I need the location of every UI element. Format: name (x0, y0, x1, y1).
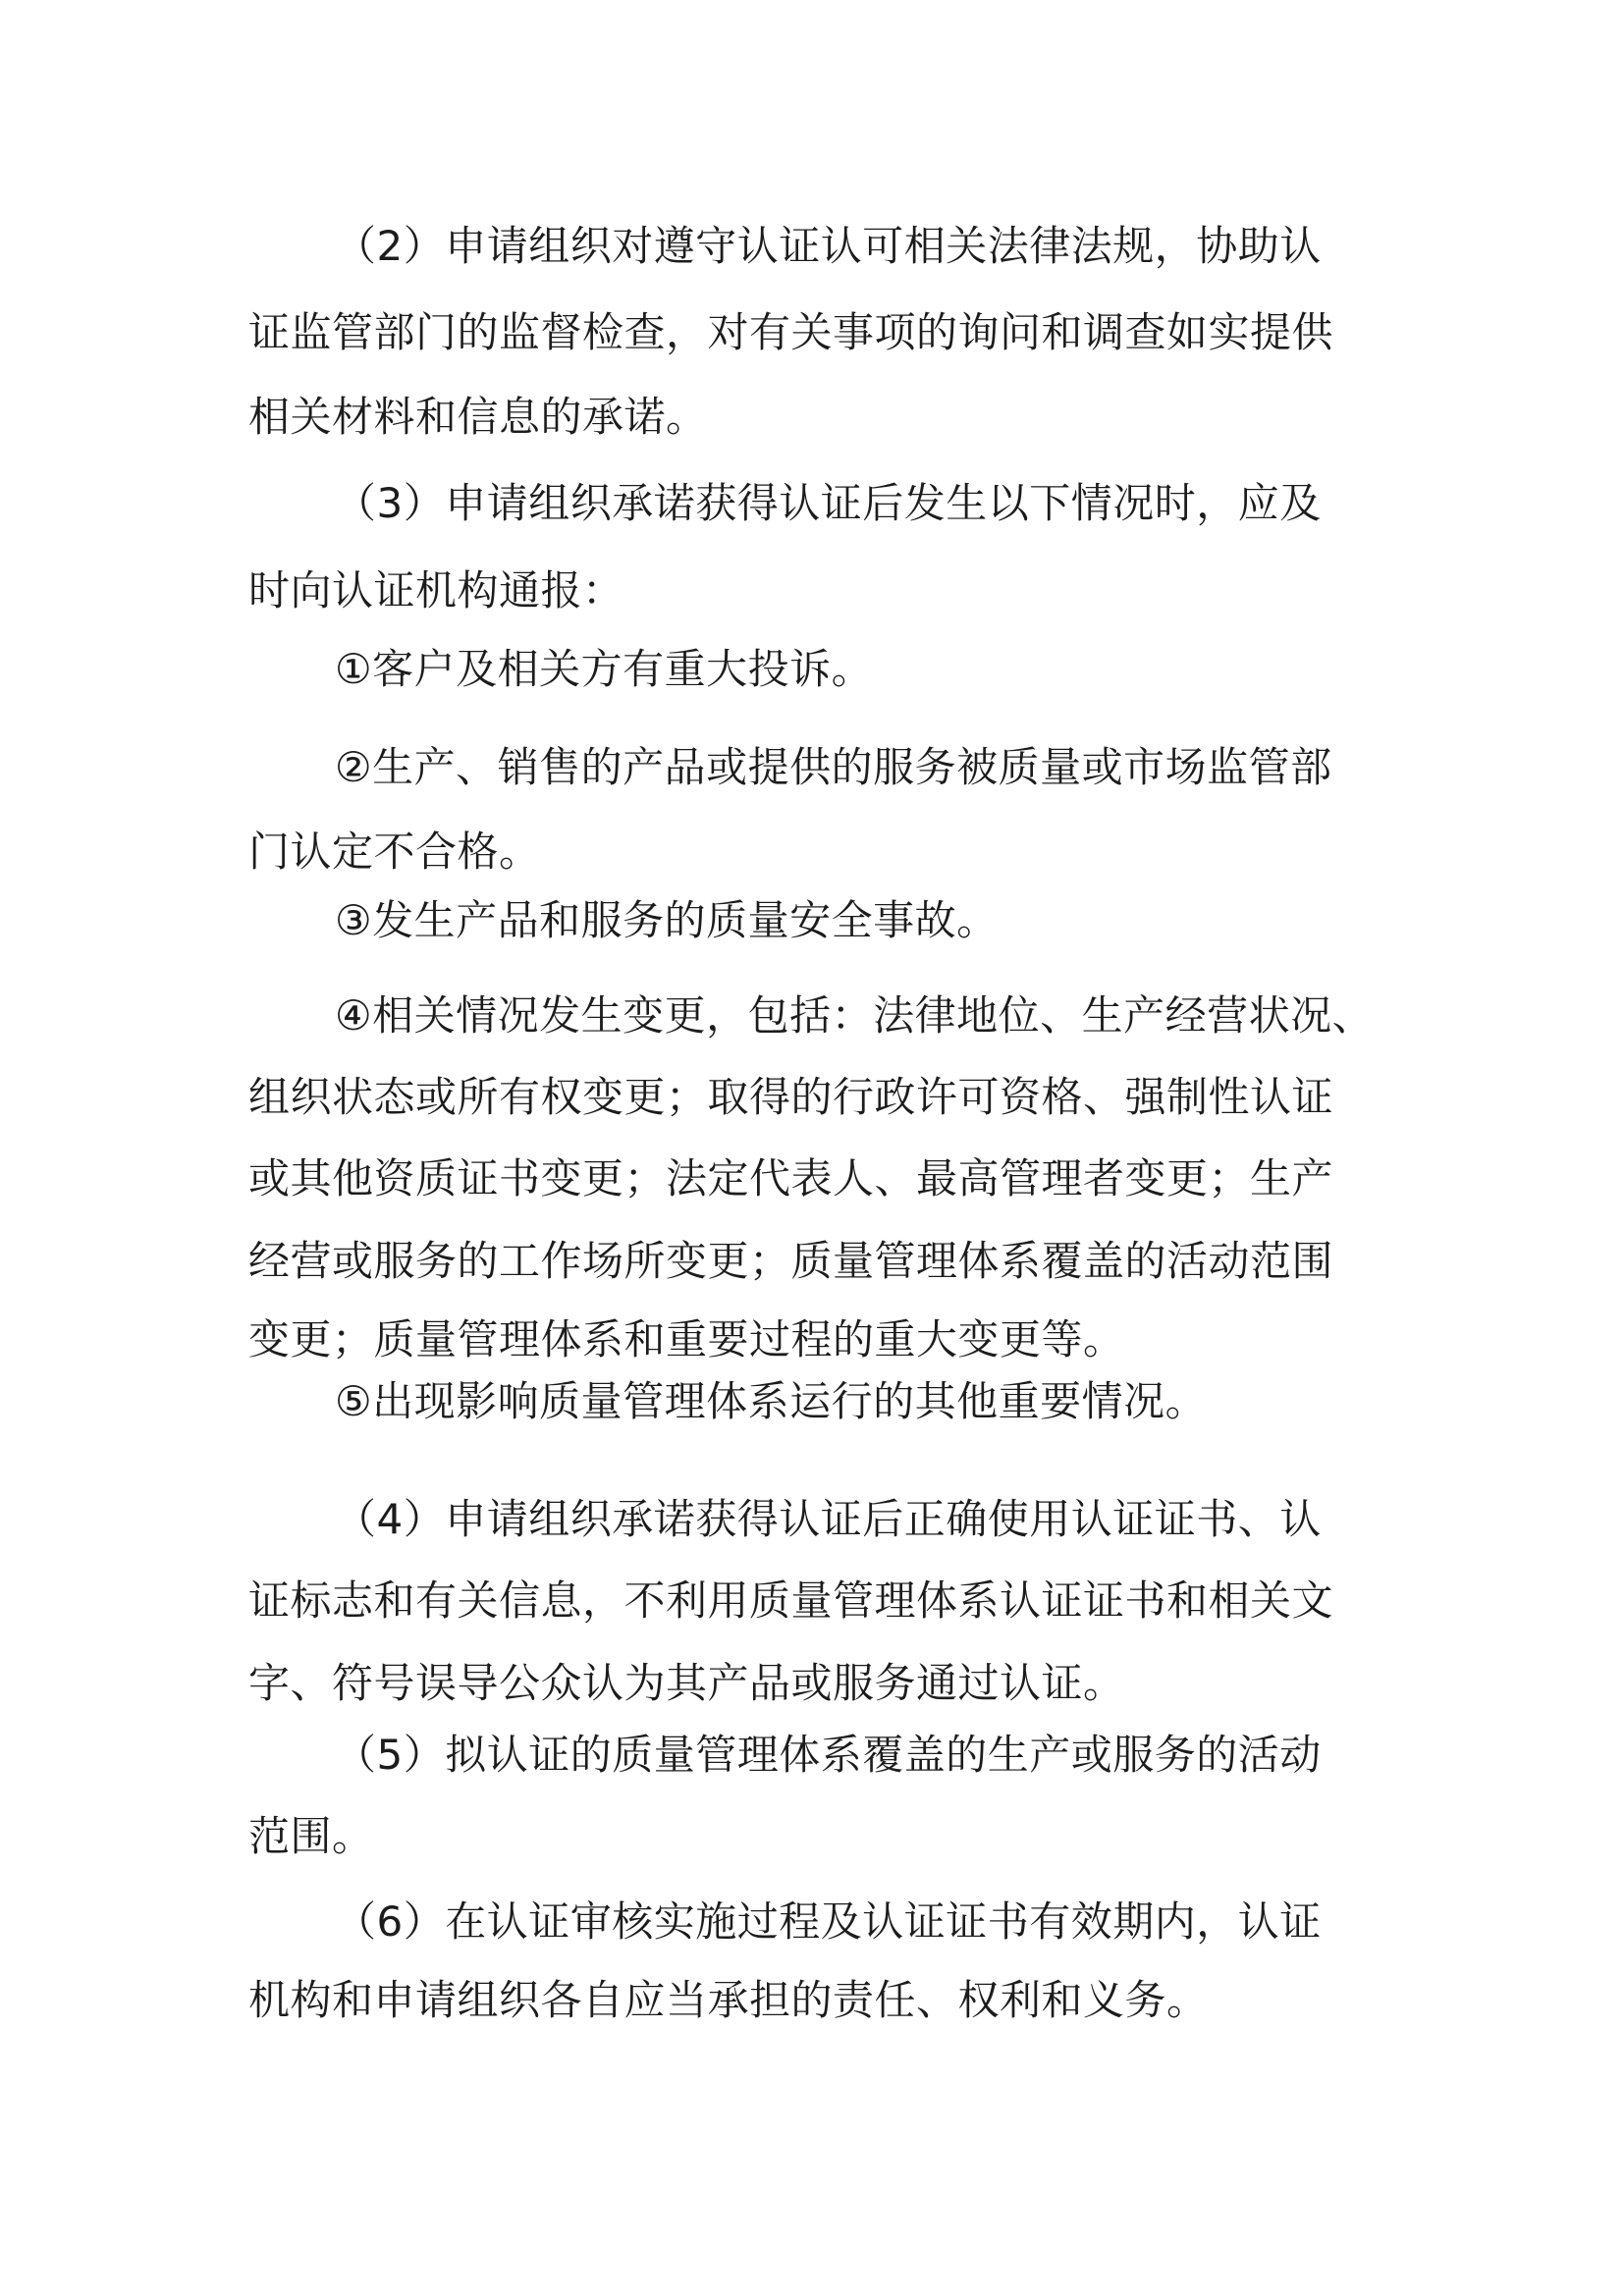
paragraph-item-4-line-1: （4）申请组织承诺获得认证后正确使用认证证书、认 (335, 1495, 1474, 1544)
list-item-3-2-line-2: 门认定不合格。 (248, 828, 1387, 877)
paragraph-item-2-line-2: 证监管部门的监督检查，对有关事项的询问和调查如实提供 (248, 308, 1387, 357)
list-item-3-4-line-5: 变更；质量管理体系和重要过程的重大变更等。 (248, 1315, 1387, 1364)
paragraph-item-5-line-2: 范围。 (248, 1812, 1387, 1861)
list-item-3-5: ⑤出现影响质量管理体系运行的其他重要情况。 (335, 1377, 1474, 1426)
paragraph-item-4-line-2: 证标志和有关信息，不利用质量管理体系认证证书和相关文 (248, 1576, 1387, 1626)
list-item-3-4-line-3: 或其他资质证书变更；法定代表人、最高管理者变更；生产 (248, 1154, 1387, 1203)
paragraph-item-2-line-1: （2）申请组织对遵守认证认可相关法律法规，协助认 (335, 222, 1474, 271)
document-page: （2）申请组织对遵守认证认可相关法律法规，协助认 证监管部门的监督检查，对有关事… (0, 0, 1624, 2296)
list-item-3-4-line-2: 组织状态或所有权变更；取得的行政许可资格、强制性认证 (248, 1073, 1387, 1122)
list-item-3-1: ①客户及相关方有重大投诉。 (335, 645, 1474, 694)
paragraph-item-6-line-2: 机构和申请组织各自应当承担的责任、权利和义务。 (248, 1976, 1387, 2025)
paragraph-item-5-line-1: （5）拟认证的质量管理体系覆盖的生产或服务的活动 (335, 1731, 1474, 1780)
list-item-3-3: ③发生产品和服务的质量安全事故。 (335, 896, 1474, 945)
paragraph-item-3-line-1: （3）申请组织承诺获得认证后发生以下情况时，应及 (335, 479, 1474, 528)
paragraph-item-2-line-3: 相关材料和信息的承诺。 (248, 393, 1387, 442)
paragraph-item-3-line-2: 时向认证机构通报： (248, 566, 1387, 615)
list-item-3-4-line-4: 经营或服务的工作场所变更；质量管理体系覆盖的活动范围 (248, 1237, 1387, 1286)
paragraph-item-6-line-1: （6）在认证审核实施过程及认证证书有效期内，认证 (335, 1897, 1474, 1947)
paragraph-item-4-line-3: 字、符号误导公众认为其产品或服务通过认证。 (248, 1659, 1387, 1708)
list-item-3-4-line-1: ④相关情况发生变更，包括：法律地位、生产经营状况、 (335, 991, 1474, 1041)
list-item-3-2-line-1: ②生产、销售的产品或提供的服务被质量或市场监管部 (335, 743, 1474, 792)
